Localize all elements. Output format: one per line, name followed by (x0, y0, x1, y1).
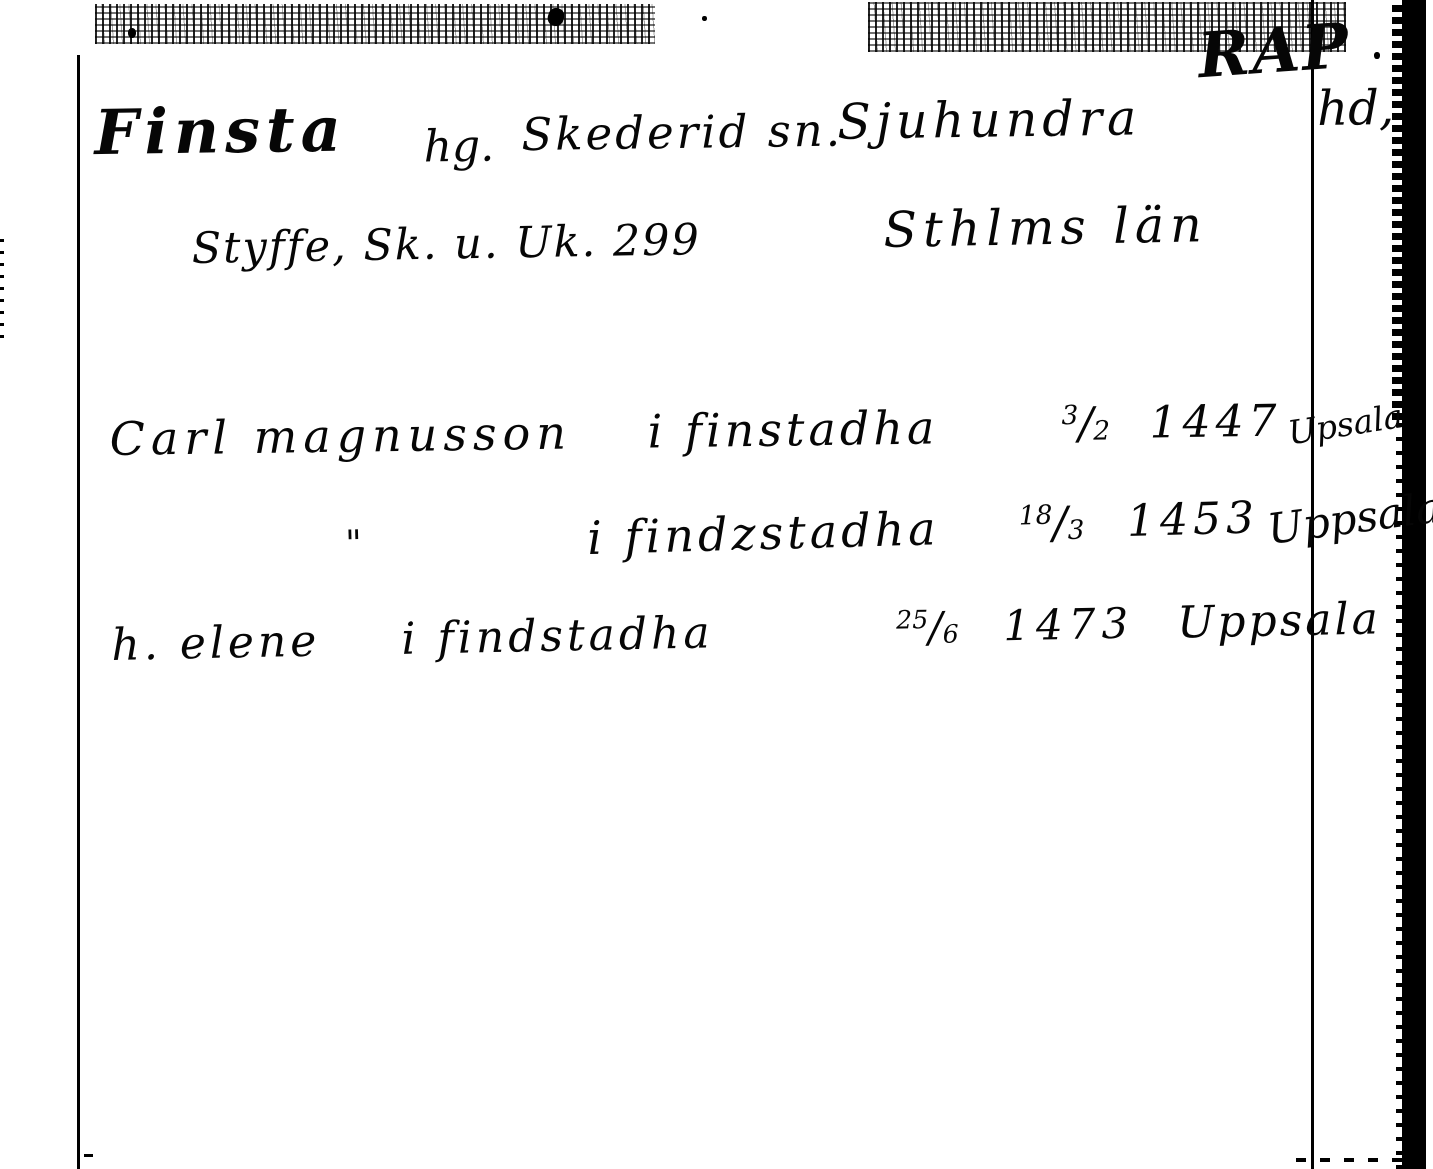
record-place: i findzstadha (587, 501, 941, 565)
hundred-name: Sjuhundra (837, 89, 1142, 150)
person-name: Carl magnusson (109, 406, 572, 466)
record-date: 3/2 (1061, 398, 1110, 450)
date-month: 2 (1093, 415, 1110, 446)
court-name: Uppsala (1177, 593, 1382, 648)
scan-speck (128, 28, 136, 38)
record-year: 1473 (1003, 599, 1135, 651)
bottom-edge-dash (84, 1154, 93, 1157)
court-name: Upsala (1285, 396, 1405, 452)
court-name: Uppsala (1265, 482, 1433, 554)
person-ditto-mark: " (345, 523, 363, 564)
scan-noise-top-left (95, 4, 655, 44)
record-date: 25/6 (896, 602, 959, 652)
record-place: i findstadha (401, 607, 714, 665)
date-separator: / (1078, 398, 1094, 449)
date-separator: / (928, 603, 943, 652)
scan-speck (1374, 52, 1380, 59)
record-place: i finstadha (647, 400, 938, 458)
date-separator: / (1052, 498, 1068, 549)
hundred-abbreviation: hd, (1317, 80, 1395, 137)
source-reference: Styffe, Sk. u. Uk. 299 (191, 215, 701, 274)
record-year: 1447 (1149, 396, 1282, 449)
record-row: Carl magnusson i finstadha 3/2 1447 Upsa… (0, 394, 1433, 510)
scanned-index-card: RAP Finsta hg. Skederid sn. Sjuhundra hd… (0, 0, 1433, 1169)
estate-name: Finsta (94, 93, 347, 170)
estate-type: hg. (423, 120, 494, 172)
person-name: h. elene (111, 616, 321, 671)
county-name: Sthlms län (883, 196, 1208, 259)
bottom-edge-dashes (1296, 1158, 1414, 1162)
date-month: 3 (1067, 515, 1085, 546)
record-year: 1453 (1126, 492, 1259, 547)
date-day: 25 (896, 605, 929, 635)
date-day: 18 (1018, 500, 1052, 532)
date-day: 3 (1061, 400, 1078, 431)
scan-speck (702, 16, 707, 21)
parish-name: Skederid sn. (521, 104, 843, 161)
record-date: 18/3 (1018, 497, 1085, 550)
date-month: 6 (942, 619, 959, 648)
